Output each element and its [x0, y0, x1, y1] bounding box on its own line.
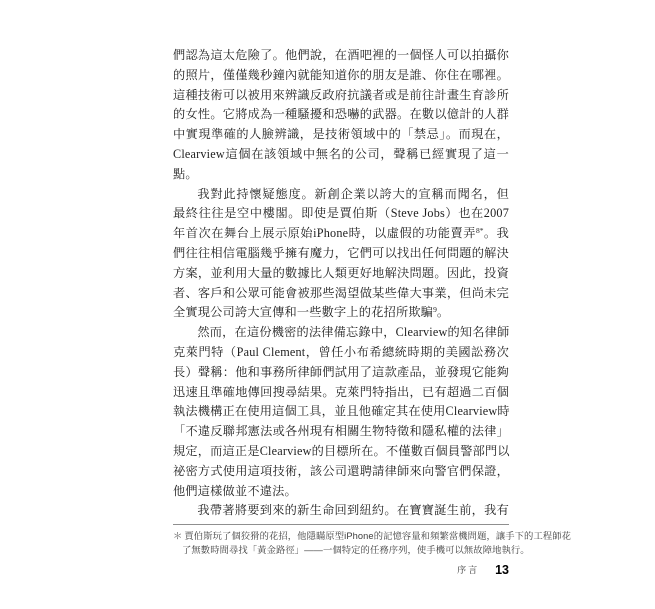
- body-line: 最終往往是空中樓閣。即使是賈伯斯（Steve Jobs）也在2007: [173, 204, 509, 224]
- body-line: 然而，在這份機密的法律備忘錄中，Clearview的知名律師: [173, 323, 509, 343]
- body-line: 點。: [173, 165, 509, 185]
- body-line: 長）聲稱：他和事務所律師們試用了這款產品，並發現它能夠: [173, 363, 509, 383]
- running-footer: 序言13: [173, 561, 509, 579]
- book-page: 們認為這太危險了。他們說，在酒吧裡的一個怪人可以拍攝你的照片，僅僅幾秒鐘內就能知…: [0, 0, 655, 609]
- body-line: 迅速且準確地傳回搜尋結果。克萊門特指出，已有超過二百個: [173, 383, 509, 403]
- body-line: 祕密方式使用這項技術，該公司還聘請律師來向警官們保證，: [173, 462, 509, 482]
- body-line: 的照片，僅僅幾秒鐘內就能知道你的朋友是誰、你住在哪裡。: [173, 66, 509, 86]
- body-line: 中實現準確的人臉辨識，是技術領域中的「禁忌」。而現在，: [173, 125, 509, 145]
- body-line: 們認為這太危險了。他們說，在酒吧裡的一個怪人可以拍攝你: [173, 46, 509, 66]
- body-line: 者、客戶和公眾可能會被那些渴望做某些偉大事業，但尚未完: [173, 284, 509, 304]
- body-line: 執法機構正在使用這個工具，並且他確定其在使用Clearview時: [173, 402, 509, 422]
- footnote-marker-icon: ＊: [173, 531, 182, 541]
- footnote-text: 賈伯斯玩了個狡猾的花招，他隱瞞原型iPhone的記憶容量和頻繁當機問題，讓手下的…: [184, 531, 571, 541]
- body-line: 他們這樣做並不違法。: [173, 482, 509, 502]
- footnote: ＊賈伯斯玩了個狡猾的花招，他隱瞞原型iPhone的記憶容量和頻繁當機問題，讓手下…: [173, 530, 513, 557]
- footnote-line: 了無數時間尋找「黃金路徑」——一個特定的任務序列，使手機可以無故障地執行。: [173, 544, 513, 558]
- chapter-label: 序言: [457, 565, 479, 575]
- body-line: Clearview這個在該領域中無名的公司，聲稱已經實現了這一: [173, 145, 509, 165]
- body-line: 年首次在舞台上展示原始iPhone時，以虛假的功能賣弄8*。我: [173, 224, 509, 244]
- body-line: 這種技術可以被用來辨識反政府抗議者或是前往計畫生育診所: [173, 86, 509, 106]
- body-line: 我對此持懷疑態度。新創企業以誇大的宣稱而聞名，但: [173, 185, 509, 205]
- body-line: 們往往相信電腦幾乎擁有魔力，它們可以找出任何問題的解決: [173, 244, 509, 264]
- body-line: 的女性。它將成為一種騷擾和恐嚇的武器。在數以億計的人群: [173, 105, 509, 125]
- body-line: 我帶著將要到來的新生命回到紐約。在寶寶誕生前，我有: [173, 501, 509, 521]
- body-text: 們認為這太危險了。他們說，在酒吧裡的一個怪人可以拍攝你的照片，僅僅幾秒鐘內就能知…: [173, 46, 509, 521]
- page-number: 13: [495, 563, 509, 577]
- body-line: 方案，並利用大量的數據比人類更好地解決問題。因此，投資: [173, 264, 509, 284]
- body-line: 「不違反聯邦憲法或各州現有相關生物特徵和隱私權的法律」: [173, 422, 509, 442]
- footnote-ref: 8*: [476, 226, 484, 235]
- footnote-line: ＊賈伯斯玩了個狡猾的花招，他隱瞞原型iPhone的記憶容量和頻繁當機問題，讓手下…: [173, 530, 513, 544]
- body-line: 全實現公司誇大宣傳和一些數字上的花招所欺騙9。: [173, 303, 509, 323]
- body-line: 克萊門特（Paul Clement，曾任小布希總統時期的美國訟務次: [173, 343, 509, 363]
- footnote-separator: [173, 524, 509, 525]
- footnote-ref: 9: [433, 305, 437, 314]
- body-line: 規定，而這正是Clearview的目標所在。不僅數百個員警部門以: [173, 442, 509, 462]
